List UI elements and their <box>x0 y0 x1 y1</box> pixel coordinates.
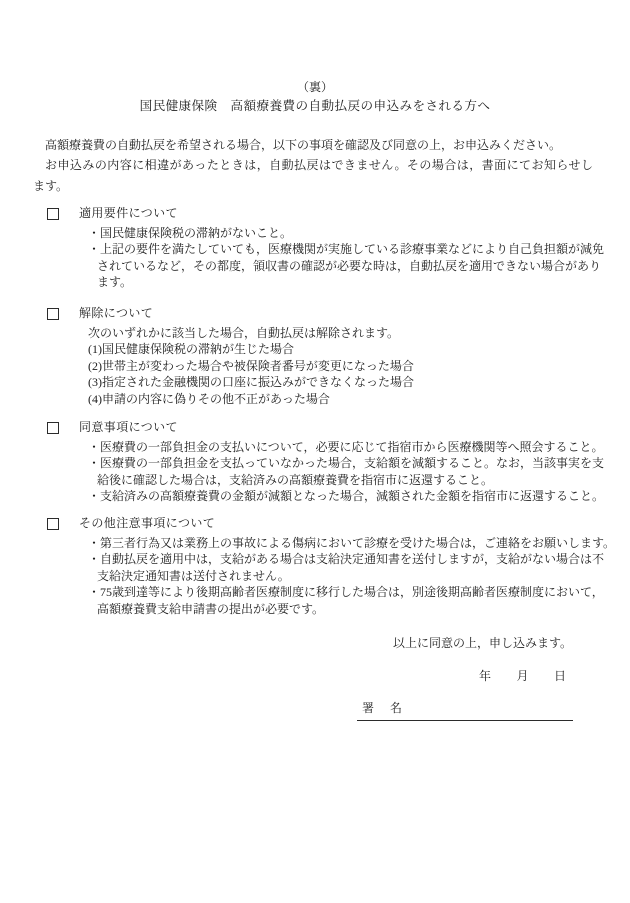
text-line: ・支給済みの高額療養費の金額が減額となった場合，減額された金額を指宿市に返還する… <box>88 488 600 504</box>
section: その他注意事項について・第三者行為又は業務上の事故による傷病において診療を受けた… <box>0 516 630 617</box>
section-title: 同意事項について <box>79 420 178 434</box>
text-line: ・第三者行為又は業務上の事故による傷病において診療を受けた場合は，ご連絡をお願い… <box>88 535 600 551</box>
document-page: （裏） 国民健康保険 高額療養費の自動払戻の申込みをされる方へ 高額療養費の自動… <box>0 0 630 903</box>
text-line: ます。 <box>33 176 593 196</box>
agreement-checkbox[interactable] <box>47 208 59 220</box>
signature-label: 署 名 <box>362 701 404 715</box>
agreement-checkbox[interactable] <box>47 422 59 434</box>
text-line: 給後に確認した場合は，支給済みの高額療養費を指宿市に返還すること。 <box>88 472 600 488</box>
agreement-checkbox[interactable] <box>47 518 59 530</box>
text-line: (1)国民健康保険税の滞納が生じた場合 <box>88 341 600 357</box>
agreement-statement: 以上に同意の上，申し込みます。 <box>393 636 572 650</box>
section-title: その他注意事項について <box>79 516 215 530</box>
text-line: ・医療費の一部負担金の支払いについて，必要に応じて指宿市から医療機関等へ照会する… <box>88 439 600 455</box>
intro-paragraphs: 高額療養費の自動払戻を希望される場合，以下の事項を確認及び同意の上，お申込みくだ… <box>33 135 593 196</box>
text-line: ・国民健康保険税の滞納がないこと。 <box>88 225 600 241</box>
text-line: されているなど，その都度，領収書の確認が必要な時は，自動払戻を適用できない場合が… <box>88 258 600 274</box>
section-body: ・第三者行為又は業務上の事故による傷病において診療を受けた場合は，ご連絡をお願い… <box>0 516 630 617</box>
section-body: 次のいずれかに該当した場合，自動払戻は解除されます。(1)国民健康保険税の滞納が… <box>0 306 630 407</box>
text-line: 高額療養費支給申請書の提出が必要です。 <box>88 601 600 617</box>
text-line: 次のいずれかに該当した場合，自動払戻は解除されます。 <box>88 325 600 341</box>
date-line: 年 月 日 <box>479 669 567 683</box>
text-line: (4)申請の内容に偽りその他不正があった場合 <box>88 391 600 407</box>
section: 解除について次のいずれかに該当した場合，自動払戻は解除されます。(1)国民健康保… <box>0 306 630 407</box>
section: 同意事項について・医療費の一部負担金の支払いについて，必要に応じて指宿市から医療… <box>0 420 630 505</box>
document-title: 国民健康保険 高額療養費の自動払戻の申込みをされる方へ <box>0 99 630 113</box>
text-line: 支給決定通知書は送付されません。 <box>88 568 600 584</box>
section-title: 適用要件について <box>79 206 178 220</box>
agreement-checkbox[interactable] <box>47 308 59 320</box>
signature-field[interactable]: 署 名 <box>357 700 573 721</box>
text-line: ます。 <box>88 274 600 290</box>
text-line: ・医療費の一部負担金を支払っていなかった場合，支給額を減額すること。なお，当該事… <box>88 455 600 471</box>
text-line: (3)指定された金融機関の口座に振込みができなくなった場合 <box>88 374 600 390</box>
section-title: 解除について <box>79 306 153 320</box>
text-line: ・上記の要件を満たしていても，医療機関が実施している診療事業などにより自己負担額… <box>88 241 600 257</box>
page-side-label: （裏） <box>0 80 630 94</box>
text-line: ・75歳到達等により後期高齢者医療制度に移行した場合は，別途後期高齢者医療制度に… <box>88 584 600 600</box>
text-line: (2)世帯主が変わった場合や被保険者番号が変更になった場合 <box>88 358 600 374</box>
section: 適用要件について・国民健康保険税の滞納がないこと。・上記の要件を満たしていても，… <box>0 206 630 291</box>
text-line: ・自動払戻を適用中は，支給がある場合は支給決定通知書を送付しますが，支給がない場… <box>88 551 600 567</box>
text-line: 高額療養費の自動払戻を希望される場合，以下の事項を確認及び同意の上，お申込みくだ… <box>33 135 593 155</box>
text-line: お申込みの内容に相違があったときは，自動払戻はできません。その場合は，書面にてお… <box>33 155 593 175</box>
